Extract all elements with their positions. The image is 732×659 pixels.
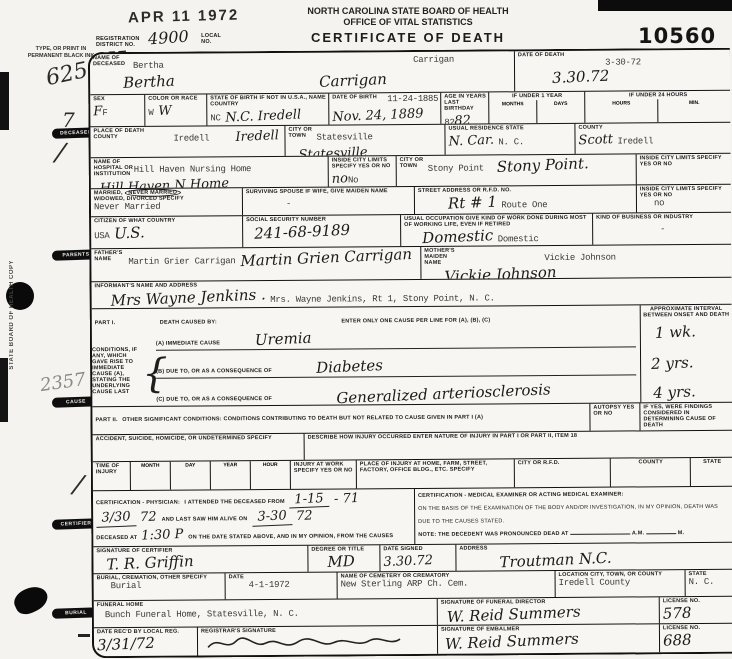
- field-accident-suicide-homicide: ACCIDENT, SUICIDE, HOMICIDE, OR UNDETERM…: [93, 434, 305, 462]
- burial-type-typed: Burial: [111, 580, 223, 591]
- age-typed: 82: [444, 117, 454, 123]
- field-hospital-or-institution: NAME OF HOSPITAL OR INSTITUTION Hill Hav…: [91, 156, 329, 188]
- field-residence-county: COUNTY Scott Iredell: [575, 122, 730, 153]
- embalmer-license-number: 688: [663, 631, 692, 650]
- father-handwritten: Martin Grien Carrigan: [240, 247, 412, 270]
- document-title: CERTIFICATE OF DEATH: [258, 30, 558, 45]
- field-informant: INFORMANT'S NAME AND ADDRESS Mrs Wayne J…: [91, 278, 731, 308]
- scan-edge-artifact: [0, 358, 8, 422]
- name-handwritten: Bertha: [123, 72, 175, 92]
- field-date-of-birth: DATE OF BIRTH 11-24-1885 Nov. 24, 1889: [329, 92, 441, 124]
- dod-typed: 3-30-72: [518, 57, 728, 68]
- field-cemetery-state: STATE N. C.: [686, 570, 732, 596]
- cause-b-handwritten: Diabetes: [316, 356, 384, 377]
- res-county-typed: Iredell: [617, 136, 653, 146]
- margin-handwriting: 2357: [39, 369, 87, 396]
- field-usual-occupation: USUAL OCCUPATION GIVE KIND OF WORK DONE …: [401, 214, 593, 246]
- dod-handwritten: 3.30.72: [552, 67, 610, 87]
- scan-edge-artifact: [598, 0, 732, 11]
- field-date-signed: DATE SIGNED 3.30.72: [380, 545, 456, 572]
- field-certifier-address: ADDRESS Troutman N.C.: [456, 543, 732, 571]
- occupation-handwritten: Domestic: [422, 226, 494, 246]
- field-place-of-injury: PLACE OF INJURY AT HOME, FARM, STREET, F…: [357, 460, 515, 489]
- due-to-c-label: (C) DUE TO, OR AS A CONSEQUENCE OF: [156, 396, 272, 403]
- field-funeral-director-signature: SIGNATURE OF FUNERAL DIRECTOR W. Reid Su…: [438, 597, 660, 625]
- cert-date-2: 3/30: [96, 509, 137, 528]
- interval-column: APPROXIMATE INTERVAL BETWEEN ONSET AND D…: [640, 305, 732, 403]
- attended-from-year: - 71: [333, 491, 359, 507]
- pronounced-m-blank: [646, 533, 676, 534]
- funeral-director-signature: W. Reid Summers: [447, 602, 581, 625]
- cert-year-2: 72: [140, 509, 157, 526]
- field-social-security-number: SOCIAL SECURITY NUMBER 241-68-9189: [243, 215, 401, 247]
- funeral-home-typed: Bunch Funeral Home, Statesville, N. C.: [105, 608, 435, 620]
- res-city-handwritten: Stony Point.: [496, 154, 589, 176]
- citizen-handwritten: U.S.: [114, 223, 145, 242]
- field-autopsy: AUTOPSY YES OR NO: [590, 404, 640, 431]
- field-if-under-1-year: IF UNDER 1 YEAR MONTHSDAYS: [489, 91, 585, 123]
- certificate-form: NAME OF DECEASED Bertha Carrigan Bertha …: [88, 48, 732, 658]
- margin-handwriting: 7: [62, 108, 75, 132]
- informant-typed: Mrs. Wayne Jenkins, Rt 1, Stony Point, N…: [270, 294, 495, 306]
- hosp-limits-typed: No: [348, 175, 358, 185]
- field-place-of-death-county: PLACE OF DEATH COUNTY Iredell Iredell: [90, 125, 285, 156]
- field-injury-at-work: INJURY AT WORK SPECIFY YES OR NO: [291, 461, 357, 489]
- marital-typed: Never Married: [94, 201, 240, 212]
- death-city-handwritten: Statesville: [298, 145, 368, 156]
- field-state-of-birth: STATE OF BIRTH IF NOT IN U.S.A., NAME CO…: [207, 93, 329, 125]
- interval-b: 2 yrs.: [651, 353, 694, 373]
- certifier-address-handwritten: Troutman N.C.: [499, 549, 612, 571]
- field-certification-physician: CERTIFICATION - PHYSICIAN: I ATTENDED TH…: [93, 489, 415, 546]
- field-name-of-deceased: NAME OF DECEASED Bertha Carrigan Bertha …: [90, 51, 515, 93]
- field-kind-of-business: KIND OF BUSINESS OR INDUSTRY -: [593, 213, 731, 245]
- field-funeral-home: FUNERAL HOME Bunch Funeral Home, Statesv…: [94, 599, 438, 628]
- age-handwritten: 82: [454, 113, 471, 123]
- occupation-typed: Domestic: [498, 234, 539, 244]
- mother-typed: Vickie Johnson: [544, 253, 615, 263]
- surname-handwritten: Carrigan: [319, 70, 387, 91]
- scanned-certificate-page: APR 11 1972 NORTH CAROLINA STATE BOARD O…: [0, 0, 732, 659]
- dob-typed: 11-24-1885: [387, 93, 438, 103]
- days-col: DAYS: [537, 99, 584, 122]
- field-residence-city-or-town: CITY OR TOWN Stony Point Stony Point.: [397, 154, 637, 186]
- field-injury-date: MONTH DAY YEAR HOUR: [131, 461, 291, 490]
- director-license-number: 578: [662, 603, 691, 622]
- issuing-agency: NORTH CAROLINA STATE BOARD OF HEALTH OFF…: [258, 6, 558, 28]
- field-fathers-name: FATHER'S NAME Martin Grier Carrigan Mart…: [91, 247, 421, 281]
- field-burial-cremation: BURIAL, CREMATION, OTHER SPECIFY Burial: [94, 573, 226, 600]
- time-of-death-handwritten: 1:30 P: [141, 527, 184, 544]
- field-degree-or-title: DEGREE OR TITLE MD: [308, 545, 380, 572]
- street-limits-typed: no: [654, 197, 729, 208]
- res-county-handwritten: Scott: [578, 132, 613, 148]
- registrar-signature: [204, 632, 404, 653]
- field-embalmer-signature: SIGNATURE OF EMBALMER W. Reid Summers: [438, 625, 660, 654]
- hours-col: HOURS: [585, 99, 658, 123]
- immediate-cause-label: (A) IMMEDIATE CAUSE: [156, 340, 220, 346]
- print-instruction: TYPE, OR PRINT IN PERMANENT BLACK INK: [26, 46, 96, 60]
- field-signature-of-certifier: SIGNATURE OF CERTIFIER T. R. Griffin: [93, 546, 308, 574]
- field-embalmer-license-no: LICENSE NO. 688: [660, 624, 732, 652]
- field-certification-medical-examiner: CERTIFICATION - MEDICAL EXAMINER OR ACTI…: [415, 487, 732, 544]
- due-to-b-label: (B) DUE TO, OR AS A CONSEQUENCE OF: [156, 368, 272, 375]
- res-city-typed: Stony Point: [428, 163, 484, 173]
- hour-col: HOUR: [251, 461, 290, 489]
- sex-typed: F: [102, 108, 107, 118]
- field-date-of-death: DATE OF DEATH 3-30-72 3.30.72: [515, 50, 730, 91]
- date-signed-handwritten: 3.30.72: [383, 553, 433, 570]
- cemetery-typed: New Sterling ARP Ch. Cem.: [341, 578, 553, 589]
- mother-handwritten: Vickie Johnson: [444, 263, 557, 279]
- agency-line2: OFFICE OF VITAL STATISTICS: [258, 17, 558, 28]
- birth-state-handwritten: N.C. Iredell: [225, 107, 301, 125]
- ink-blot: [11, 582, 52, 618]
- field-mothers-maiden-name: MOTHER'S MAIDEN NAME Vickie Johnson Vick…: [421, 245, 731, 279]
- field-marital-status: MARRIED, NEVER MARRIEDWIDOWED, DIVORCED …: [91, 188, 243, 217]
- field-cemetery-location: LOCATION CITY, TOWN, OR COUNTY Iredell C…: [556, 570, 686, 597]
- local-no-label: LOCAL NO.: [201, 33, 229, 45]
- death-county-handwritten: Iredell: [235, 128, 279, 145]
- field-sex: SEX FF: [90, 94, 145, 125]
- citizen-typed: USA: [94, 231, 109, 241]
- embalmer-signature: W. Reid Summers: [445, 630, 579, 654]
- last-alive-year: 72: [296, 508, 313, 525]
- race-typed: W: [148, 107, 153, 117]
- field-cemetery: NAME OF CEMETERY OR CREMATORY New Sterli…: [338, 571, 556, 598]
- father-typed: Martin Grier Carrigan: [128, 256, 235, 267]
- dob-handwritten: Nov. 24, 1889: [332, 106, 424, 124]
- certificate-number: 10560: [638, 24, 716, 48]
- field-residence-city-limits: INSIDE CITY LIMITS SPECIFY YES OR NO: [637, 153, 731, 184]
- field-injury-county: COUNTY: [611, 458, 691, 486]
- agency-line1: NORTH CAROLINA STATE BOARD OF HEALTH: [258, 6, 558, 17]
- margin-handwriting: /: [54, 138, 67, 169]
- street-handwritten: Rt # 1: [448, 192, 498, 212]
- day-col: DAY: [171, 462, 211, 490]
- registration-district-value: 4900: [147, 27, 189, 49]
- field-time-of-injury: TIME OF INJURY: [93, 462, 131, 490]
- field-color-or-race: COLOR OR RACE W W: [145, 94, 207, 125]
- field-registrar-signature: REGISTRAR'S SIGNATURE: [198, 626, 438, 655]
- industry-typed: -: [596, 224, 729, 235]
- ssn-handwritten: 241-68-9189: [254, 221, 351, 243]
- received-date-stamp: APR 11 1972: [128, 7, 240, 27]
- res-state-handwritten: N. Car.: [448, 132, 494, 149]
- burial-date-typed: 4-1-1972: [249, 580, 335, 591]
- hosp-limits-handwritten: no: [331, 171, 348, 186]
- birth-state-typed: NC: [210, 113, 220, 123]
- pronounced-time-blank: [570, 533, 630, 534]
- field-age: AGE IN YEARS LAST BIRTHDAY 8282: [441, 92, 489, 123]
- interval-c: 4 yrs.: [653, 382, 696, 402]
- cemetery-state-typed: N. C.: [689, 577, 732, 587]
- date-received-handwritten: 3/31/72: [97, 634, 156, 654]
- field-date-received-local-registrar: DATE REC'D BY LOCAL REG. 3/31/72: [94, 628, 198, 656]
- month-col: MONTH: [131, 462, 171, 490]
- degree-handwritten: MD: [327, 552, 355, 571]
- field-describe-injury: DESCRIBE HOW INJURY OCCURRED ENTER NATUR…: [305, 431, 732, 461]
- field-surviving-spouse: SURVIVING SPOUSE IF WIFE, GIVE MAIDEN NA…: [243, 187, 415, 216]
- year-col: YEAR: [211, 462, 251, 490]
- margin-handwriting: 625: [44, 58, 90, 91]
- months-col: MONTHS: [489, 100, 537, 123]
- res-state-typed: N. C.: [498, 137, 524, 147]
- field-autopsy-findings: IF YES, WERE FINDINGS CONSIDERED IN DETE…: [640, 403, 732, 430]
- field-citizen-of-country: CITIZEN OF WHAT COUNTRY USA U.S.: [91, 216, 243, 248]
- copy-designation: STATE BOARD OF HEALTH COPY: [8, 260, 16, 370]
- section-cause-of-death: PART I. DEATH CAUSED BY: ENTER ONLY ONE …: [92, 305, 732, 406]
- informant-handwritten: Mrs Wayne Jenkins .: [110, 285, 266, 308]
- field-street-city-limits: INSIDE CITY LIMITS SPECIFY YES OR NO no: [637, 184, 731, 212]
- field-injury-city: CITY OR R.F.D.: [515, 459, 611, 487]
- margin-handwriting: /: [71, 469, 85, 500]
- field-residence-state: USUAL RESIDENCE STATE N. Car. N. C.: [445, 123, 575, 154]
- spouse-typed: -: [286, 198, 412, 209]
- sex-handwritten: F: [93, 104, 103, 119]
- surname-typed: Carrigan: [413, 55, 454, 65]
- last-alive-date: 3-30: [251, 508, 292, 527]
- race-handwritten: W: [158, 103, 172, 119]
- field-burial-date: DATE 4-1-1972: [226, 573, 338, 600]
- scan-mark: [78, 634, 90, 637]
- field-other-significant-conditions: PART II. OTHER SIGNIFICANT CONDITIONS: C…: [92, 404, 590, 434]
- certifier-signature: T. R. Griffin: [106, 552, 194, 573]
- field-injury-state: STATE: [691, 458, 732, 486]
- cause-a-handwritten: Uremia: [254, 329, 311, 349]
- min-col: MIN.: [658, 98, 730, 122]
- attended-from-date: 1-15: [289, 491, 330, 509]
- registration-district-label: REGISTRATION DISTRICT NO.: [96, 36, 148, 48]
- field-hospital-city-limits: INSIDE CITY LIMITS SPECIFY YES OR NO noN…: [329, 156, 397, 186]
- field-if-under-24-hours: IF UNDER 24 HOURS HOURSMIN.: [585, 90, 730, 122]
- death-city-typed: Statesville: [316, 132, 372, 142]
- scan-edge-artifact: [0, 72, 9, 130]
- cause-c-handwritten: Generalized arteriosclerosis: [336, 380, 551, 406]
- conditions-note: CONDITIONS, IF ANY, WHICH GAVE RISE TO I…: [92, 347, 144, 395]
- field-director-license-no: LICENSE NO. 578: [660, 596, 732, 623]
- field-street-address: STREET ADDRESS OR R.F.D. NO. Rt # 1 Rout…: [415, 185, 637, 214]
- street-typed: Route One: [501, 200, 547, 210]
- interval-a: 1 wk.: [655, 322, 697, 342]
- name-typed: Bertha: [133, 61, 164, 71]
- hospital-handwritten: Hill Haven N Home: [100, 176, 230, 188]
- death-county-typed: Iredell: [173, 133, 209, 143]
- hospital-typed: Hill Haven Nursing Home: [134, 164, 251, 175]
- location-typed: Iredell County: [559, 577, 683, 588]
- field-death-city-or-town: CITY OR TOWN Statesville Statesville: [285, 124, 445, 155]
